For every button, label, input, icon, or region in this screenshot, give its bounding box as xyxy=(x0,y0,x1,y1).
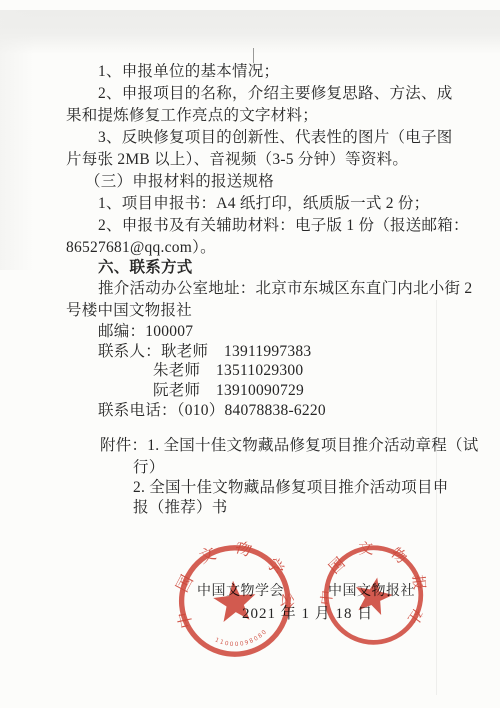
scan-crease-line xyxy=(436,300,437,695)
line-contact-geng: 联系人：耿老师 13911997383 xyxy=(98,343,311,360)
line-postcode: 邮编：100007 xyxy=(98,323,193,340)
scanned-document-page: 1、申报单位的基本情况； 2、申报项目的名称，介绍主要修复思路、方法、成 果和提… xyxy=(0,0,500,708)
scan-shadow-left xyxy=(0,10,34,270)
line-item-2: 2、申报项目的名称，介绍主要修复思路、方法、成 xyxy=(98,85,453,102)
heading-section-3: （三）申报材料的报送规格 xyxy=(85,173,274,190)
line-spec-2: 2、申报书及有关辅助材料：电子版 1 份（报送邮箱： xyxy=(98,217,469,234)
seal-left-graphic: 中国文物学会 1100009808088 xyxy=(171,538,299,664)
scan-shadow-top xyxy=(0,10,500,54)
line-attachment-1: 附件：1. 全国十佳文物藏品修复项目推介活动章程（试 xyxy=(100,437,479,454)
line-attachment-1-cont: 行） xyxy=(133,459,165,476)
official-seal-left: 中国文物学会 1100009808088 xyxy=(171,538,299,669)
line-attachment-2-cont: 报（推荐）书 xyxy=(133,499,228,516)
seal-right-graphic: 中国文物报社 xyxy=(312,533,435,656)
line-spec-1: 1、项目申报书：A4 纸打印，纸质版一式 2 份； xyxy=(98,195,429,212)
heading-contact: 六、联系方式 xyxy=(98,259,193,276)
line-contact-zhu: 朱老师 13511029300 xyxy=(153,362,303,379)
line-phone: 联系电话：（010）84078838-6220 xyxy=(98,402,326,419)
fold-mark-line xyxy=(253,48,254,63)
line-item-2-cont: 果和提炼修复工作亮点的文字材料； xyxy=(66,107,318,124)
line-spec-2-email: 86527681@qq.com）。 xyxy=(66,239,216,256)
line-attachment-2: 2. 全国十佳文物藏品修复项目推介活动项目申 xyxy=(133,479,449,496)
star-icon xyxy=(351,574,395,617)
line-item-3-cont: 片每张 2MB 以上）、音视频（3-5 分钟）等资料。 xyxy=(66,151,408,168)
line-item-3: 3、反映修复项目的创新性、代表性的图片（电子图 xyxy=(98,129,453,146)
official-seal-right: 中国文物报社 xyxy=(311,533,435,661)
line-item-1: 1、申报单位的基本情况； xyxy=(98,63,279,80)
line-address-cont: 号楼中国文物报社 xyxy=(66,302,192,319)
line-contact-ruan: 阮老师 13910090729 xyxy=(153,382,304,399)
line-address: 推介活动办公室地址：北京市东城区东直门内北小街 2 xyxy=(98,280,472,297)
star-icon xyxy=(212,579,258,623)
